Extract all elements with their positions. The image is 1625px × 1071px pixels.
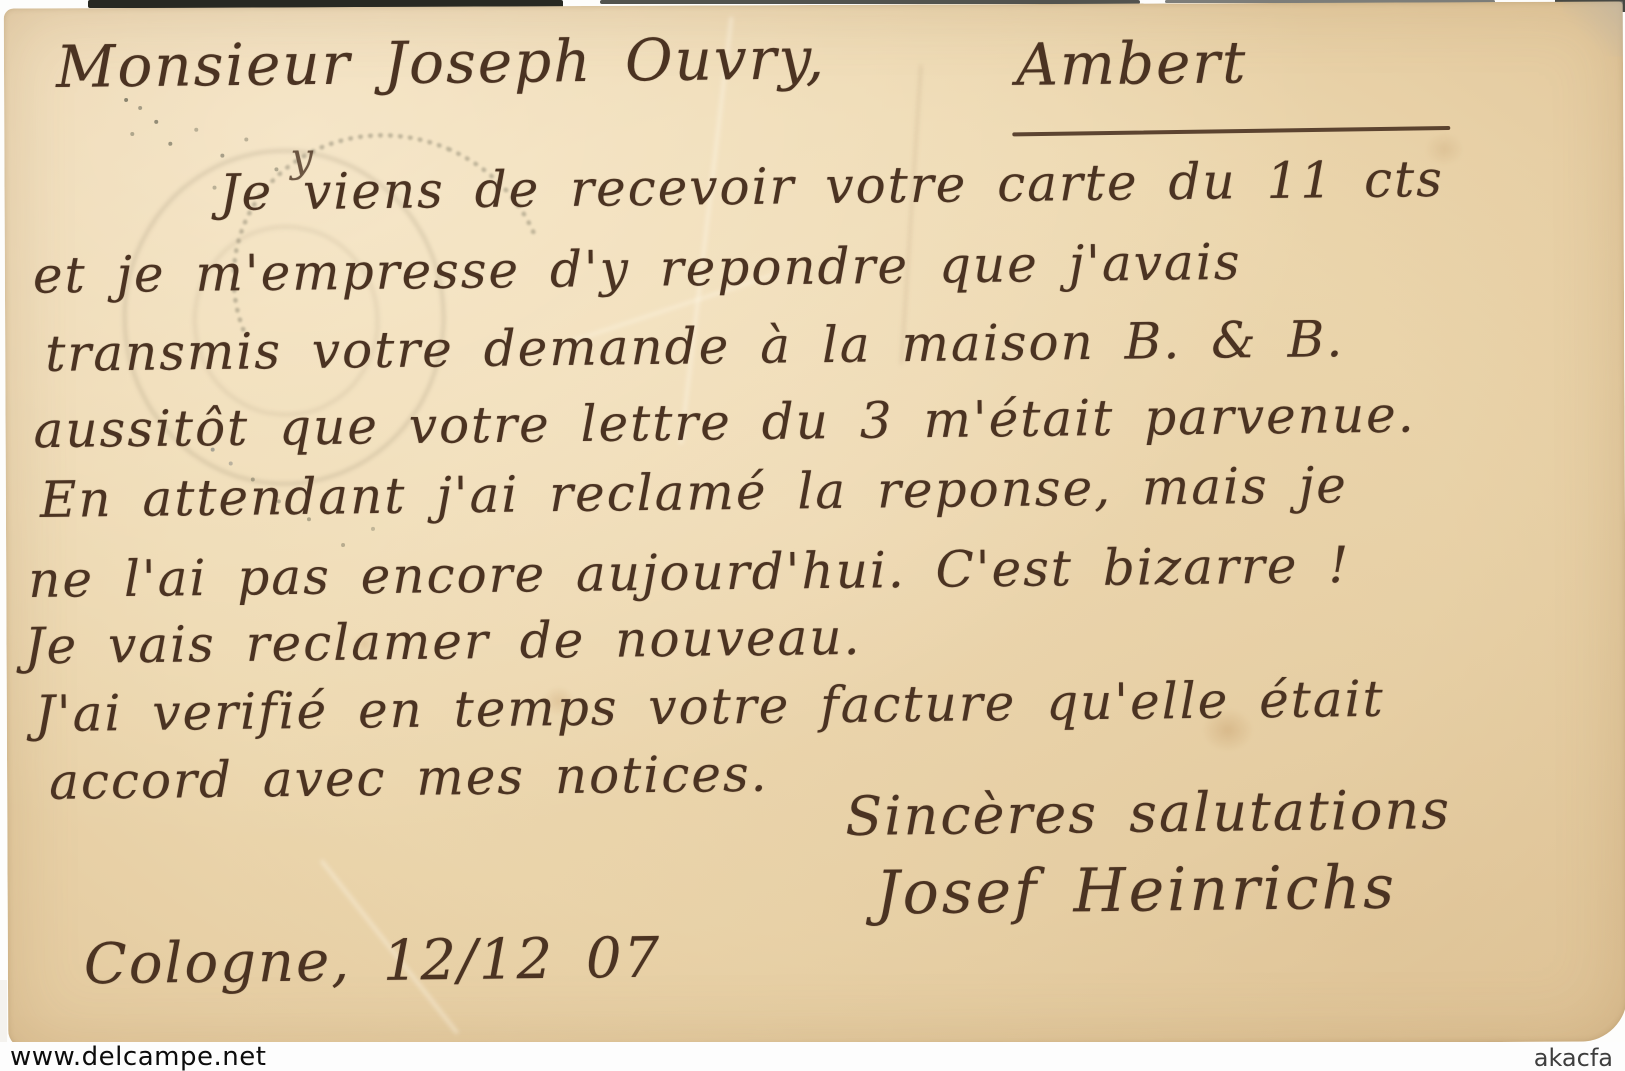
corner-shadow (1563, 1, 1623, 56)
body-line-2: et je m'empresse d'y repondre que j'avai… (33, 233, 1242, 305)
signature: Josef Heinrichs (875, 853, 1397, 929)
watermark-delcampe: www.delcampe.net (10, 1042, 266, 1071)
destination-underline (1012, 126, 1450, 136)
closing-line: Sincères salutations (845, 778, 1451, 848)
place-date-line: Cologne, 12/12 07 (84, 926, 662, 998)
recipient-line: Monsieur Joseph Ouvry, (56, 24, 827, 101)
destination-city: Ambert (1016, 28, 1248, 99)
body-line-8: J'ai verifié en temps votre facture qu'e… (35, 670, 1386, 743)
postcard-scan: Monsieur Joseph Ouvry, Ambert y Je viens… (0, 0, 1625, 1071)
postcard-paper: Monsieur Joseph Ouvry, Ambert y Je viens… (4, 1, 1625, 1048)
body-line-9: accord avec mes notices. (49, 745, 769, 811)
watermark-akacfa: akacfa (1534, 1044, 1613, 1071)
body-line-7: Je vais reclamer de nouveau. (24, 608, 862, 675)
body-line-6: ne l'ai pas encore aujourd'hui. C'est bi… (28, 536, 1351, 609)
